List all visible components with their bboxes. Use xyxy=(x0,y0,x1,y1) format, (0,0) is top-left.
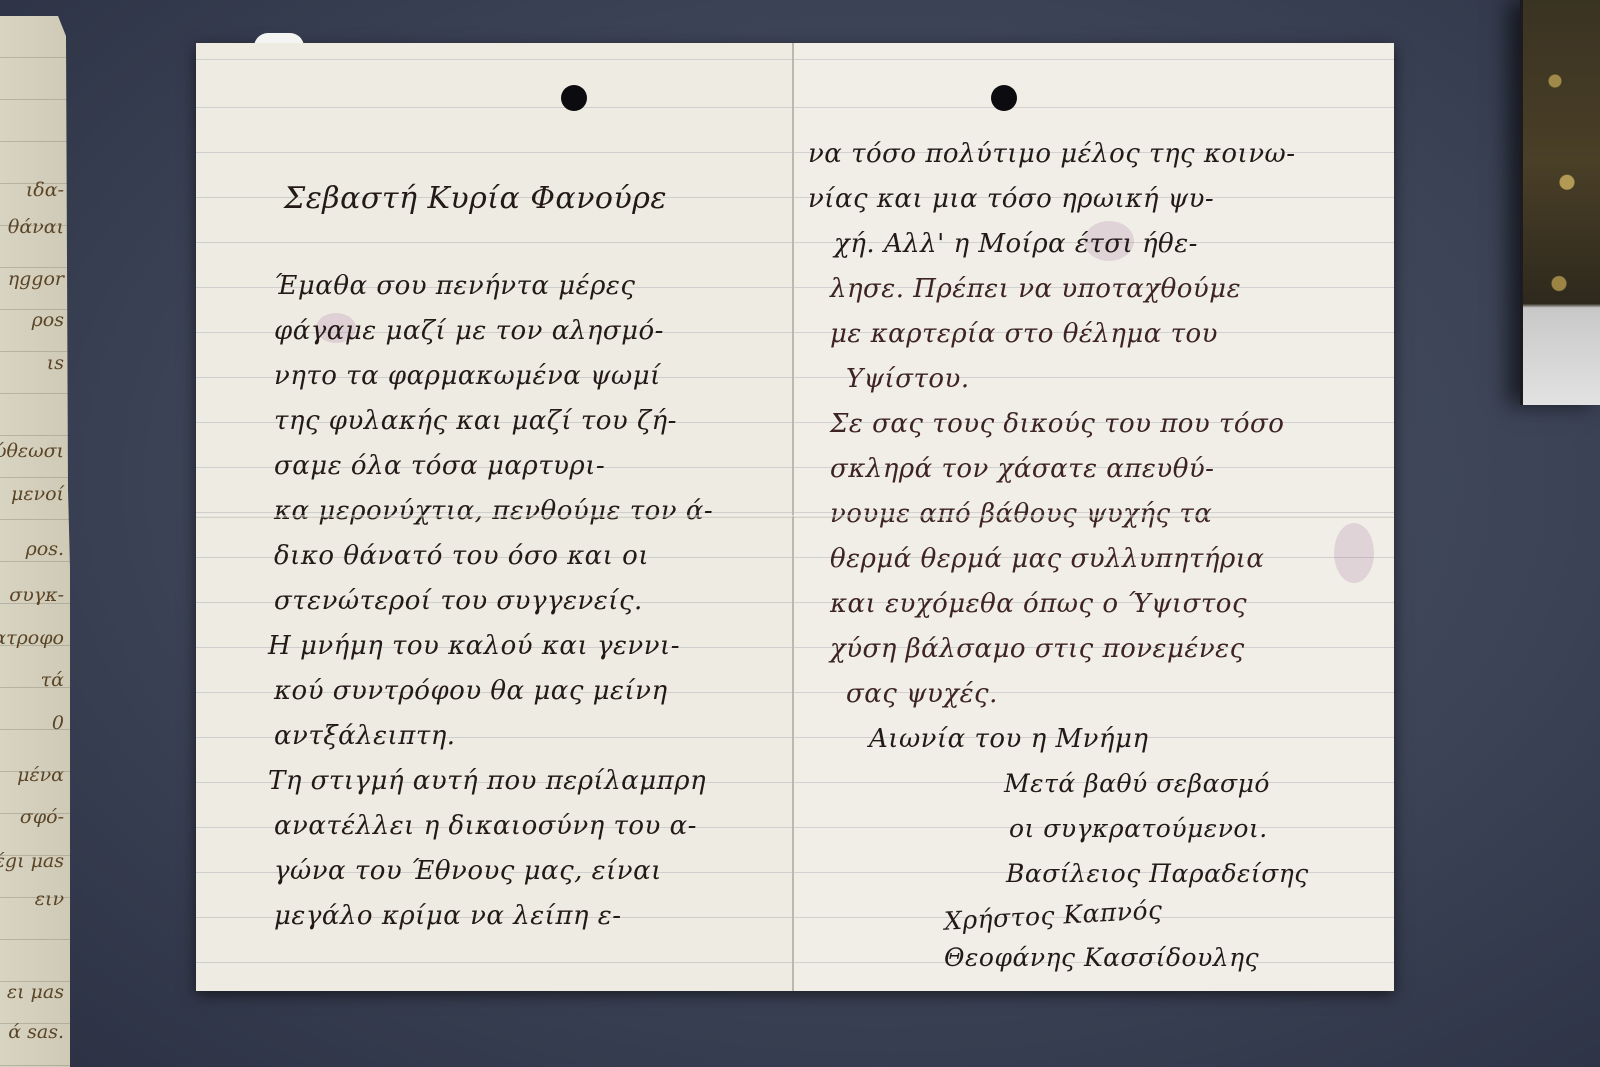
letter-line: νουμε από βάθους ψυχής τα xyxy=(830,499,1212,529)
ornate-metal-object xyxy=(1520,0,1600,405)
letter-line: λησε. Πρέπει να υποταχθούμε xyxy=(830,274,1241,304)
letter-line: και ευχόμεθα όπως ο Ύψιστος xyxy=(830,589,1247,619)
letter-line: κού συντρόφου θα μας μείνη xyxy=(274,676,668,706)
letter-line: να τόσο πολύτιμο μέλος της κοινω- xyxy=(808,139,1296,169)
letter-line: Τη στιγμή αυτή που περίλαμπρη xyxy=(268,766,706,796)
signature-line: οι συγκρατούμενοι. xyxy=(1009,814,1268,843)
fragment-line: ηggor xyxy=(8,268,64,290)
fragment-line: ατροφο xyxy=(0,627,64,649)
fragment-line: ώθεωσι xyxy=(0,440,64,462)
letter-line: φάγαμε μαζί με τον αλησμό- xyxy=(274,316,664,346)
letter-line: νητο τα φαρμακωμένα ψωμί xyxy=(274,361,661,391)
fragment-line: ρos. xyxy=(26,538,64,560)
letter-line: της φυλακής και μαζί του ζή- xyxy=(274,406,677,436)
fragment-line: θάναι xyxy=(8,216,64,238)
letter-line: χή. Αλλ' η Μοίρα έτσι ήθε- xyxy=(834,229,1198,259)
letter-line: σας ψυχές. xyxy=(846,679,998,709)
letter-line: ανατέλλει η δικαιοσύνη του α- xyxy=(274,811,697,841)
letter-line: μεγάλο κρίμα να λείπη ε- xyxy=(274,901,622,931)
letter-line: σκληρά τον χάσατε απευθύ- xyxy=(830,454,1214,484)
horizontal-fold xyxy=(196,515,1394,518)
ink-stain xyxy=(1334,523,1374,583)
fragment-line: ιδα- xyxy=(26,179,64,201)
fragment-line: συγκ- xyxy=(9,584,64,606)
fragment-line: ά sas. xyxy=(8,1021,64,1043)
letter-line: δικο θάνατό του όσο και οι xyxy=(274,541,649,571)
fragment-line: μένα xyxy=(17,764,64,786)
signature-name: Βασίλειος Παραδείσης xyxy=(1006,859,1309,888)
fragment-line: 0 xyxy=(52,712,64,734)
signature-name: Θεοφάνης Κασσίδουλης xyxy=(944,943,1259,972)
fragment-line: έgι μas xyxy=(0,850,64,872)
fragment-line: ει μas xyxy=(7,981,64,1003)
letter-line: κα μερονύχτια, πενθούμε τον ά- xyxy=(274,496,713,526)
letter-line: Υψίστου. xyxy=(846,364,970,394)
fragment-line: μενοί xyxy=(11,483,64,505)
handwritten-letter: Σεβαστή Κυρία Φανούρε Έμαθα σου πενήντα … xyxy=(196,43,1394,991)
fragment-line: σφό- xyxy=(20,806,64,828)
letter-line: στενώτεροί του συγγενείς. xyxy=(274,586,643,616)
letter-line: αντξάλειπτη. xyxy=(274,721,456,751)
punch-hole xyxy=(561,85,587,111)
letter-line: γώνα του Έθνους μας, είναι xyxy=(274,856,662,886)
fragment-line: ειν xyxy=(35,888,64,910)
fragment-line: τά xyxy=(41,669,64,691)
letter-line: Σε σας τους δικούς του που τόσο xyxy=(830,409,1284,439)
adjacent-document-fragment: ιδα- θάναι ηggor ρos ιs ώθεωσι μενοί ρos… xyxy=(0,16,70,1067)
salutation: Σεβαστή Κυρία Φανούρε xyxy=(284,181,667,216)
signature-line: Μετά βαθύ σεβασμό xyxy=(1004,769,1270,798)
fragment-line: ρos xyxy=(32,309,64,331)
letter-line: θερμά θερμά μας συλλυπητήρια xyxy=(830,544,1264,574)
letter-line: Έμαθα σου πενήντα μέρες xyxy=(274,271,635,301)
letter-line: με καρτερία στο θέλημα του xyxy=(830,319,1218,349)
letter-line: Η μνήμη του καλού και γεννι- xyxy=(268,631,680,661)
signature-name: Χρήστος Καπνός xyxy=(943,895,1163,935)
closing-line: Αιωνία του η Μνήμη xyxy=(869,724,1148,754)
punch-hole xyxy=(991,85,1017,111)
fragment-line: ιs xyxy=(47,352,64,374)
letter-line: χύση βάλσαμο στις πονεμένες xyxy=(830,634,1245,664)
letter-line: σαμε όλα τόσα μαρτυρι- xyxy=(274,451,605,481)
letter-line: νίας και μια τόσο ηρωική ψυ- xyxy=(808,184,1214,214)
